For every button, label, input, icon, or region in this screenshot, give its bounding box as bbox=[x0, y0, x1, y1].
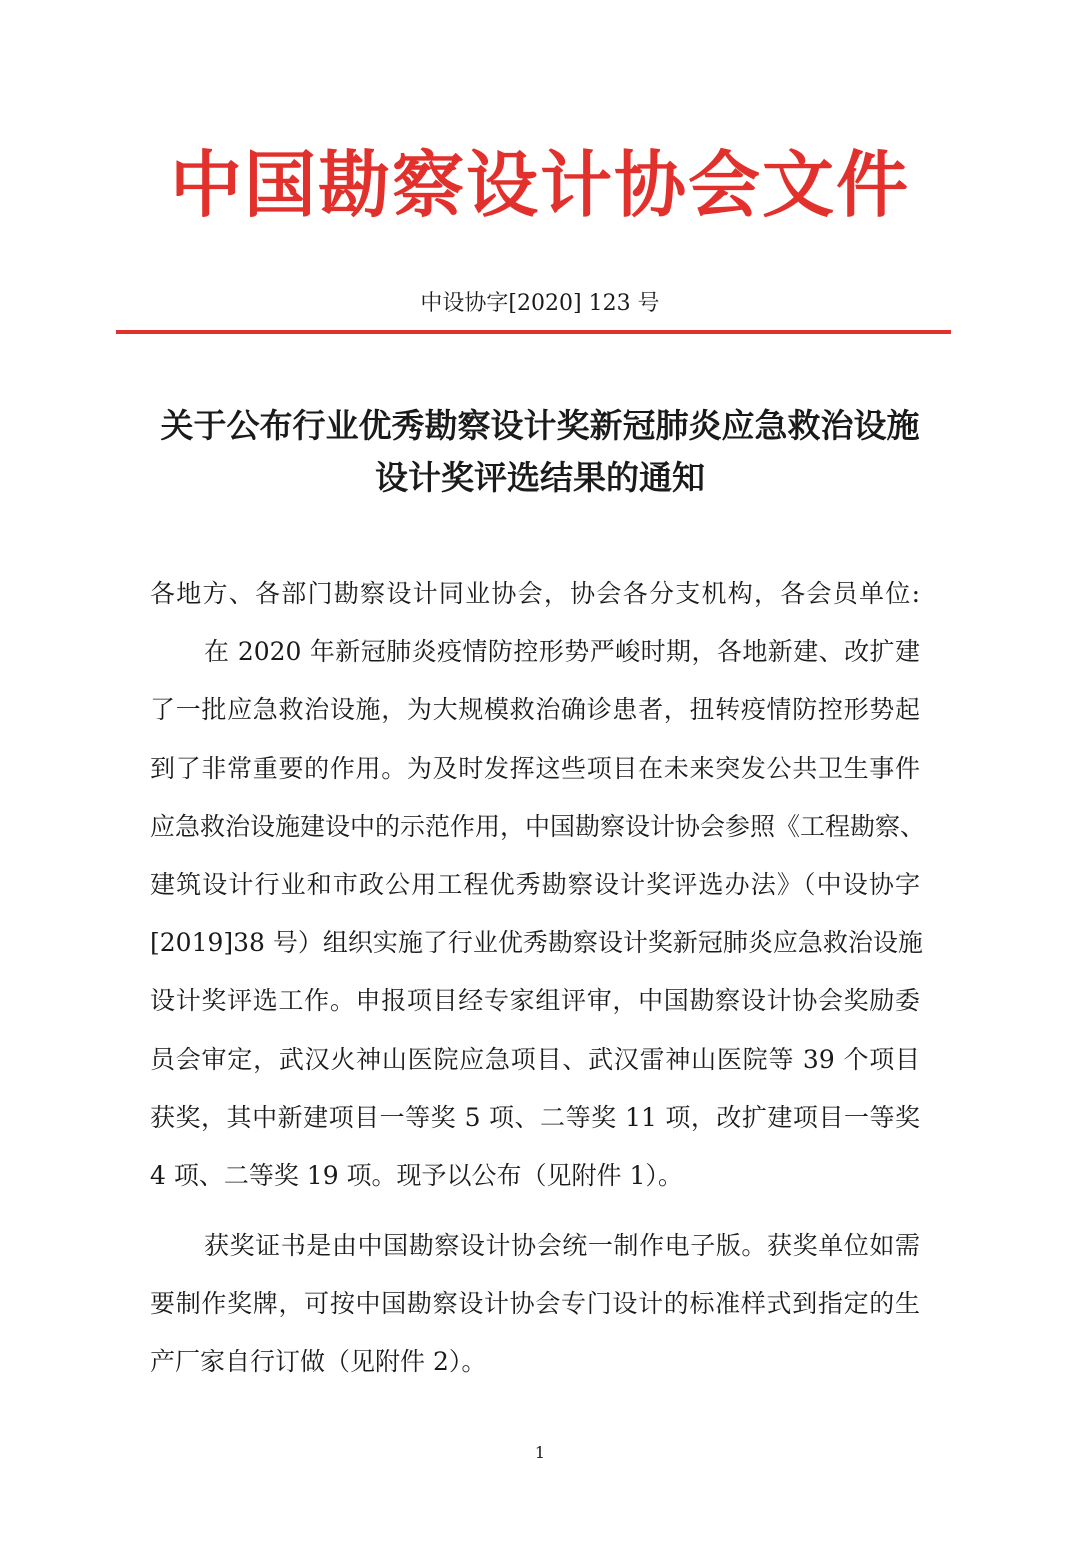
paragraph-line: 应急救治设施建设中的示范作用，中国勘察设计协会参照《工程勘察、 bbox=[150, 798, 920, 856]
paragraph-line: 获奖证书是由中国勘察设计协会统一制作电子版。获奖单位如需 bbox=[150, 1217, 920, 1275]
paragraph-line: 建筑设计行业和市政公用工程优秀勘察设计奖评选办法》（中设协字 bbox=[150, 856, 920, 914]
paragraph-line: [2019]38 号）组织实施了行业优秀勘察设计奖新冠肺炎应急救治设施 bbox=[150, 914, 920, 972]
paragraph-line: 到了非常重要的作用。为及时发挥这些项目在未来突发公共卫生事件 bbox=[150, 740, 920, 798]
salutation: 各地方、各部门勘察设计同业协会，协会各分支机构，各会员单位: bbox=[150, 565, 920, 623]
document-masthead: 中国勘察设计协会文件 bbox=[0, 140, 1080, 230]
paragraph-line: 设计奖评选工作。申报项目经专家组评审，中国勘察设计协会奖励委 bbox=[150, 972, 920, 1030]
paragraph-2: 获奖证书是由中国勘察设计协会统一制作电子版。获奖单位如需 要制作奖牌，可按中国勘… bbox=[150, 1217, 920, 1392]
paragraph-line: 在 2020 年新冠肺炎疫情防控形势严峻时期，各地新建、改扩建 bbox=[150, 623, 920, 681]
paragraph-gap bbox=[150, 1205, 920, 1217]
paragraph-line: 获奖，其中新建项目一等奖 5 项、二等奖 11 项，改扩建项目一等奖 bbox=[150, 1089, 920, 1147]
document-number: 中设协字[2020] 123 号 bbox=[0, 289, 1080, 319]
title-line-2: 设计奖评选结果的通知 bbox=[130, 452, 950, 504]
paragraph-line: 4 项、二等奖 19 项。现予以公布（见附件 1）。 bbox=[150, 1147, 920, 1205]
paragraph-line: 了一批应急救治设施，为大规模救治确诊患者，扭转疫情防控形势起 bbox=[150, 681, 920, 739]
paragraph-1: 在 2020 年新冠肺炎疫情防控形势严峻时期，各地新建、改扩建 了一批应急救治设… bbox=[150, 623, 920, 1205]
page-number: 1 bbox=[0, 1443, 1080, 1462]
paragraph-line: 员会审定，武汉火神山医院应急项目、武汉雷神山医院等 39 个项目 bbox=[150, 1031, 920, 1089]
red-divider-line bbox=[116, 330, 951, 334]
paragraph-line: 产厂家自行订做（见附件 2）。 bbox=[150, 1333, 920, 1391]
paragraph-line: 要制作奖牌，可按中国勘察设计协会专门设计的标准样式到指定的生 bbox=[150, 1275, 920, 1333]
document-title: 关于公布行业优秀勘察设计奖新冠肺炎应急救治设施 设计奖评选结果的通知 bbox=[130, 400, 950, 504]
title-line-1: 关于公布行业优秀勘察设计奖新冠肺炎应急救治设施 bbox=[130, 400, 950, 452]
document-body: 各地方、各部门勘察设计同业协会，协会各分支机构，各会员单位: 在 2020 年新… bbox=[150, 565, 920, 1392]
